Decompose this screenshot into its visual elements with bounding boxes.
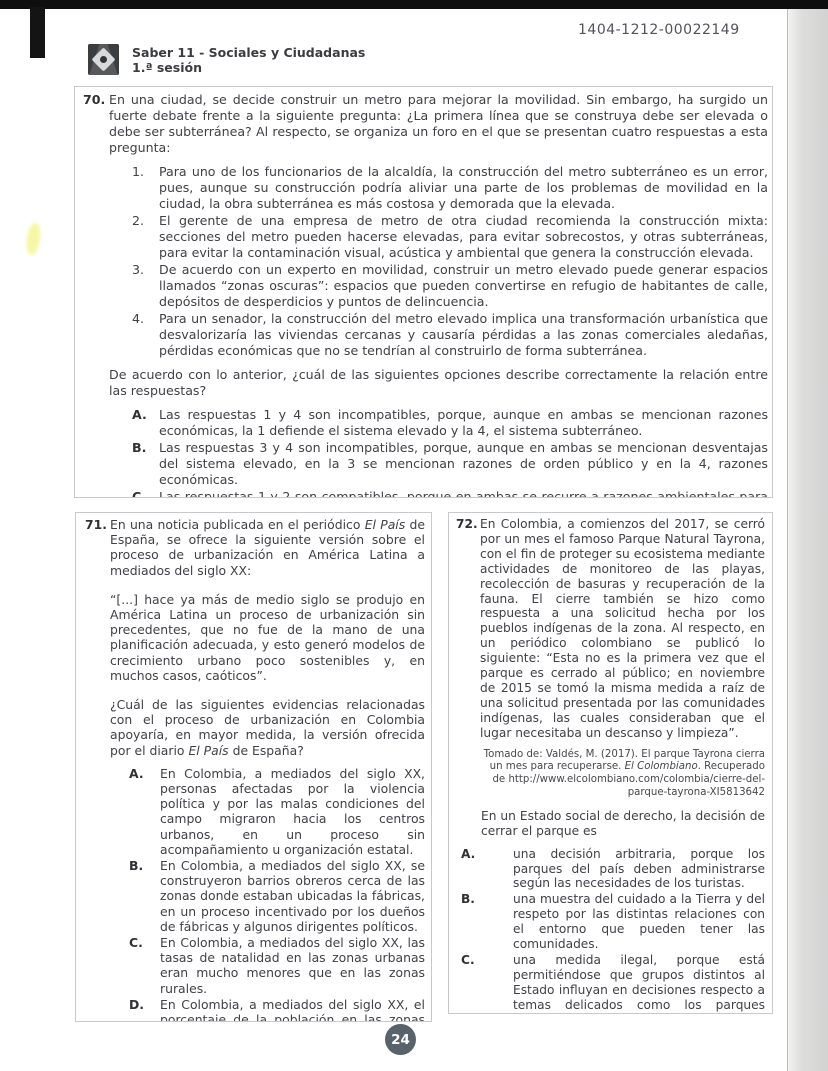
newspaper-name: El Colombiano: [625, 761, 698, 772]
option-text: Las respuestas 1 y 4 son incompatibles, …: [159, 407, 768, 439]
statement-number: 4.: [132, 311, 159, 327]
question-72-head: 72. En Colombia, a comienzos del 2017, s…: [456, 517, 765, 741]
exam-title: Saber 11 - Sociales y Ciudadanas: [132, 45, 365, 60]
option-letter: A.: [129, 766, 160, 781]
question-70-options: A. Las respuestas 1 y 4 son incompatible…: [132, 407, 768, 498]
scan-edge-right: [787, 9, 828, 1071]
option-letter: B.: [461, 892, 513, 907]
statement-number: 2.: [132, 213, 159, 229]
question-72-intro: En Colombia, a comienzos del 2017, se ce…: [480, 517, 765, 741]
option-text: En Colombia, a mediados del siglo XX, la…: [160, 935, 425, 996]
option-letter: C.: [132, 489, 159, 498]
highlighter-mark: [25, 222, 42, 255]
question-70-intro: En una ciudad, se decide construir un me…: [109, 92, 768, 156]
question-70-stem: De acuerdo con lo anterior, ¿cuál de las…: [109, 367, 768, 399]
question-72-box: 72. En Colombia, a comienzos del 2017, s…: [448, 512, 773, 1014]
logo-eye-dot: [100, 56, 107, 63]
option-letter: C.: [461, 953, 513, 968]
page-number-badge: 24: [385, 1024, 416, 1055]
option-text: En Colombia, a mediados del siglo XX, el…: [160, 997, 425, 1022]
option-text: una decisión arbitraria, porque los parq…: [513, 847, 765, 892]
option-letter: D.: [129, 997, 160, 1012]
option-b: B. una muestra del cuidado a la Tierra y…: [461, 892, 765, 952]
text-segment: En una noticia publicada en el periódico: [110, 517, 365, 532]
question-72-source-citation: Tomado de: Valdés, M. (2017). El parque …: [481, 749, 765, 800]
option-text: En Colombia, a mediados del siglo XX, pe…: [160, 766, 425, 857]
question-70-box: 70. En una ciudad, se decide construir u…: [74, 86, 773, 498]
option-letter: C.: [129, 935, 160, 950]
statement-text: De acuerdo con un experto en movilidad, …: [159, 262, 768, 310]
option-a: A. Las respuestas 1 y 4 son incompatible…: [132, 407, 768, 439]
exam-session: 1.ª sesión: [132, 60, 365, 75]
option-b: B. Las respuestas 3 y 4 son incompatible…: [132, 440, 768, 488]
statement-text: El gerente de una empresa de metro de ot…: [159, 213, 768, 261]
option-c: C. Las respuestas 1 y 2 son compatibles,…: [132, 489, 768, 498]
question-72-number: 72.: [456, 517, 480, 532]
statement-3: 3. De acuerdo con un experto en movilida…: [132, 262, 768, 310]
question-70-head: 70. En una ciudad, se decide construir u…: [83, 92, 768, 156]
option-text: Las respuestas 1 y 2 son compatibles, po…: [159, 489, 768, 498]
question-71-intro: En una noticia publicada en el periódico…: [110, 517, 425, 578]
question-71-stem: ¿Cuál de las siguientes evidencias relac…: [110, 697, 425, 758]
option-letter: A.: [132, 407, 159, 423]
scan-edge-top: [0, 0, 828, 9]
scan-registration-mark: [30, 7, 45, 58]
option-text: En Colombia, a mediados del siglo XX, se…: [160, 858, 425, 934]
option-a: A. En Colombia, a mediados del siglo XX,…: [129, 766, 425, 857]
question-71-number: 71.: [85, 517, 110, 532]
option-letter: B.: [129, 858, 160, 873]
option-text: una muestra del cuidado a la Tierra y de…: [513, 892, 765, 952]
option-letter: A.: [461, 847, 513, 862]
option-a: A. una decisión arbitraria, porque los p…: [461, 847, 765, 892]
exam-titles: Saber 11 - Sociales y Ciudadanas 1.ª ses…: [132, 44, 365, 75]
option-c: C. En Colombia, a mediados del siglo XX,…: [129, 935, 425, 996]
booklet-code: 1404-1212-00022149: [578, 22, 740, 38]
option-b: B. En Colombia, a mediados del siglo XX,…: [129, 858, 425, 934]
text-segment: de España?: [229, 743, 304, 758]
option-d: D. En Colombia, a mediados del siglo XX,…: [129, 997, 425, 1022]
question-70-statements: 1. Para uno de los funcionarios de la al…: [132, 164, 768, 359]
option-letter: B.: [132, 440, 159, 456]
exam-header: Saber 11 - Sociales y Ciudadanas 1.ª ses…: [88, 44, 365, 75]
statement-number: 3.: [132, 262, 159, 278]
icfes-logo-icon: [88, 44, 119, 75]
option-text: Las respuestas 3 y 4 son incompatibles, …: [159, 440, 768, 488]
question-71-head: 71. En una noticia publicada en el perió…: [85, 517, 425, 578]
newspaper-name: El País: [365, 517, 406, 532]
statement-number: 1.: [132, 164, 159, 180]
newspaper-name: El País: [188, 743, 228, 758]
question-72-stem: En un Estado social de derecho, la decis…: [481, 809, 765, 839]
question-71-options: A. En Colombia, a mediados del siglo XX,…: [129, 766, 425, 1022]
question-71-box: 71. En una noticia publicada en el perió…: [75, 512, 432, 1022]
question-70-number: 70.: [83, 92, 109, 108]
question-71-quote: “[...] hace ya más de medio siglo se pro…: [110, 592, 425, 683]
statement-text: Para un senador, la construcción del met…: [159, 311, 768, 359]
option-c: C. una medida ilegal, porque está permit…: [461, 953, 765, 1014]
statement-4: 4. Para un senador, la construcción del …: [132, 311, 768, 359]
question-72-options: A. una decisión arbitraria, porque los p…: [461, 847, 765, 1014]
statement-text: Para uno de los funcionarios de la alcal…: [159, 164, 768, 212]
statement-2: 2. El gerente de una empresa de metro de…: [132, 213, 768, 261]
statement-1: 1. Para uno de los funcionarios de la al…: [132, 164, 768, 212]
option-text: una medida ilegal, porque está permitién…: [513, 953, 765, 1014]
